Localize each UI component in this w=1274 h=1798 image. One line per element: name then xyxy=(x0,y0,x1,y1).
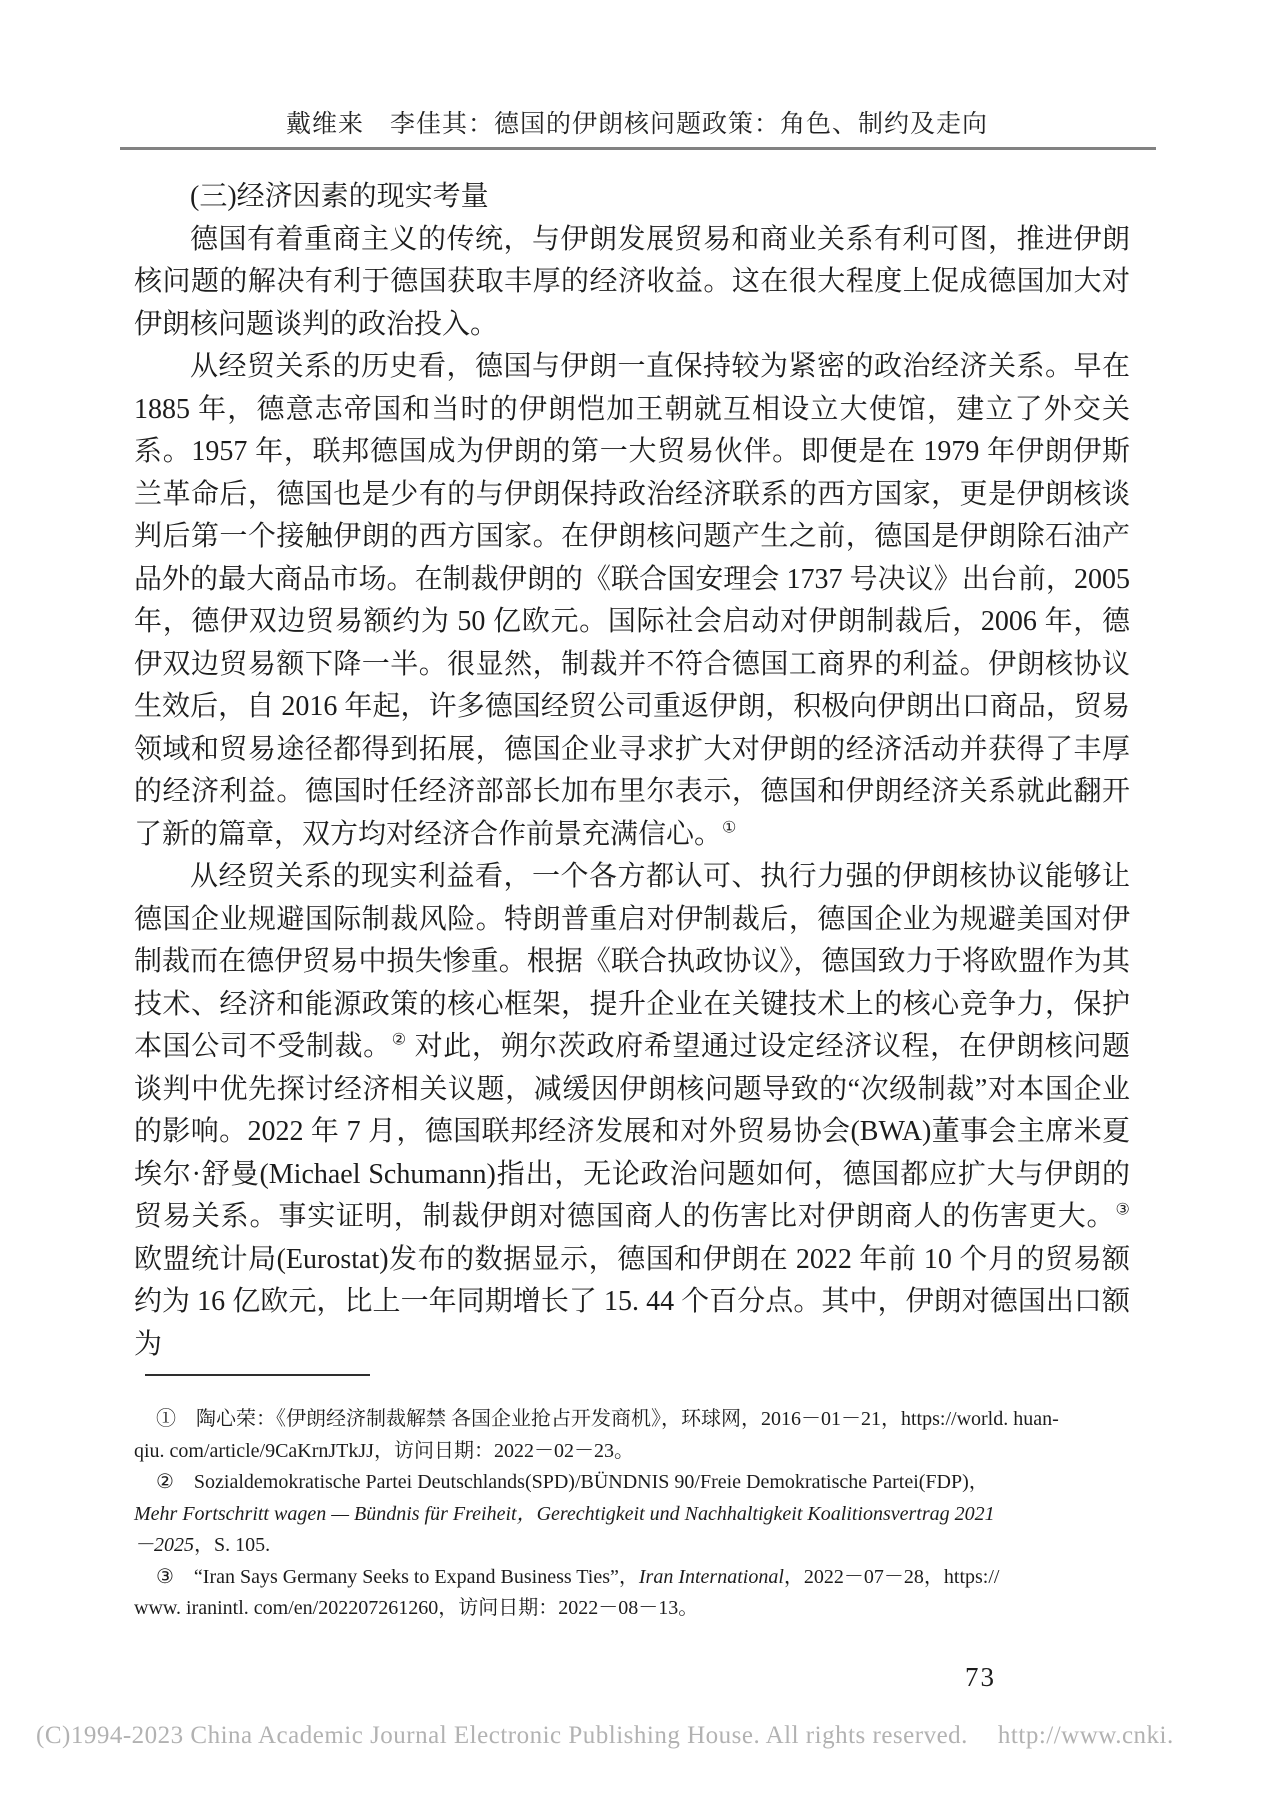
text-run: 从经贸关系的历史看，德国与伊朗一直保持较为紧密的政治经济关系。早在 1885 年… xyxy=(134,351,1130,850)
header-rule xyxy=(120,147,1156,150)
footnote-line: qiu. com/article/9CaKrnJTkJJ，访问日期：2022－0… xyxy=(134,1436,1130,1468)
footnote-separator xyxy=(145,1374,370,1376)
article-body: (三)经济因素的现实考量 德国有着重商主义的传统，与伊朗发展贸易和商业关系有利可… xyxy=(134,176,1130,1366)
copyright-text: (C)1994-2023 China Academic Journal Elec… xyxy=(36,1722,968,1749)
footnotes: ① 陶心荣：《伊朗经济制裁解禁 各国企业抢占开发商机》，环球网，2016－01－… xyxy=(134,1404,1130,1625)
text-run: 欧盟统计局(Eurostat)发布的数据显示，德国和伊朗在 2022 年前 10… xyxy=(134,1244,1130,1360)
text-run: ，S. 105. xyxy=(194,1534,270,1556)
text-run: ，2022－07－28，https:// xyxy=(784,1566,1000,1588)
copyright-footer: (C)1994-2023 China Academic Journal Elec… xyxy=(36,1722,1174,1750)
text-run: ① 陶心荣：《伊朗经济制裁解禁 各国企业抢占开发商机》，环球网，2016－01－… xyxy=(156,1408,1059,1430)
paragraph: 从经贸关系的现实利益看，一个各方都认可、执行力强的伊朗核协议能够让德国企业规避国… xyxy=(134,856,1130,1366)
footnote-ref: ① xyxy=(722,818,737,836)
section-heading: (三)经济因素的现实考量 xyxy=(134,176,1130,219)
text-run: www. iranintl. com/en/202207261260，访问日期：… xyxy=(134,1597,698,1619)
footnote-line: Mehr Fortschritt wagen — Bündnis für Fre… xyxy=(134,1499,1130,1531)
text-run: ③ “Iran Says Germany Seeks to Expand Bus… xyxy=(156,1566,639,1588)
paragraph: 从经贸关系的历史看，德国与伊朗一直保持较为紧密的政治经济关系。早在 1885 年… xyxy=(134,346,1130,856)
footnote-ref: ③ xyxy=(1115,1201,1130,1219)
italic-text-run: Iran International xyxy=(639,1566,784,1588)
running-head: 戴维来 李佳其：德国的伊朗核问题政策：角色、制约及走向 xyxy=(0,104,1274,140)
footnote-line: ② Sozialdemokratische Partei Deutschland… xyxy=(134,1467,1130,1499)
page-number: 73 xyxy=(965,1662,996,1693)
italic-text-run: －2025 xyxy=(134,1534,194,1556)
footnote-ref: ② xyxy=(392,1031,407,1049)
footnote-line: www. iranintl. com/en/202207261260，访问日期：… xyxy=(134,1593,1130,1625)
footnote-line: ① 陶心荣：《伊朗经济制裁解禁 各国企业抢占开发商机》，环球网，2016－01－… xyxy=(134,1404,1130,1436)
footnote-line: －2025，S. 105. xyxy=(134,1530,1130,1562)
footnote-line: ③ “Iran Says Germany Seeks to Expand Bus… xyxy=(134,1562,1130,1594)
text-run: ② Sozialdemokratische Partei Deutschland… xyxy=(156,1471,989,1493)
footer-url: http://www.cnki. xyxy=(998,1722,1174,1749)
body-paragraphs: 德国有着重商主义的传统，与伊朗发展贸易和商业关系有利可图，推进伊朗核问题的解决有… xyxy=(134,219,1130,1367)
paragraph: 德国有着重商主义的传统，与伊朗发展贸易和商业关系有利可图，推进伊朗核问题的解决有… xyxy=(134,219,1130,347)
document-page: 戴维来 李佳其：德国的伊朗核问题政策：角色、制约及走向 (三)经济因素的现实考量… xyxy=(0,0,1274,1798)
italic-text-run: Mehr Fortschritt wagen — Bündnis für Fre… xyxy=(134,1503,995,1525)
text-run: qiu. com/article/9CaKrnJTkJJ，访问日期：2022－0… xyxy=(134,1440,634,1462)
text-run: 德国有着重商主义的传统，与伊朗发展贸易和商业关系有利可图，推进伊朗核问题的解决有… xyxy=(134,224,1130,340)
